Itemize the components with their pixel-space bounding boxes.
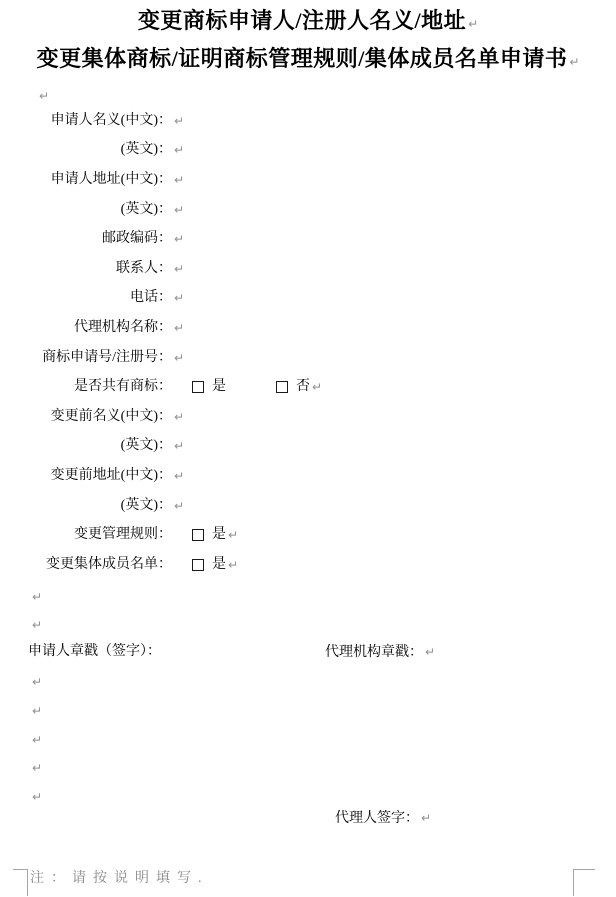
paragraph-mark-icon: ↵: [174, 111, 184, 131]
paragraph-mark-icon: ↵: [421, 811, 431, 825]
field-row-agency-name: 代理机构名称：↵: [0, 313, 616, 343]
empty-paragraph: ↵: [30, 672, 42, 692]
paragraph-mark-icon: ↵: [174, 229, 184, 249]
paragraph-mark-icon: ↵: [174, 496, 184, 516]
paragraph-mark-icon: ↵: [32, 790, 42, 804]
checkbox-label: 是: [212, 555, 226, 575]
paragraph-mark-icon: ↵: [425, 645, 435, 659]
field-label: 邮政编码：: [0, 229, 172, 249]
paragraph-mark-icon: ↵: [174, 170, 184, 190]
option-shared-trademark-no: 否: [276, 377, 310, 397]
empty-paragraph: ↵: [30, 787, 42, 807]
field-label: 变更前地址(中文)：: [0, 466, 172, 486]
field-row-postal-code: 邮政编码：↵: [0, 224, 616, 254]
paragraph-mark-icon: ↵: [32, 733, 42, 747]
agency-seal-text: 代理机构章戳：: [325, 645, 423, 660]
option-shared-trademark-yes: 是: [192, 377, 226, 397]
agent-signature-label: 代理人签字：: [335, 811, 419, 826]
paragraph-mark-icon: ↵: [32, 618, 42, 632]
paragraph-mark-icon: ↵: [174, 288, 184, 308]
document-title-line2: 变更集体商标/证明商标管理规则/集体成员名单申请书↵: [0, 40, 616, 78]
field-label: 申请人名义(中文)：: [0, 111, 172, 131]
checkbox-label: 是: [212, 525, 226, 545]
paragraph-mark-icon: ↵: [312, 377, 322, 397]
empty-paragraph: ↵: [37, 86, 49, 106]
field-row-trademark-number: 商标申请号/注册号：↵: [0, 343, 616, 373]
empty-paragraph: ↵: [30, 730, 42, 750]
field-row-change-rules: 变更管理规则： 是 ↵: [0, 520, 616, 550]
checkbox-shared-trademark-no[interactable]: [276, 381, 288, 393]
paragraph-mark-icon: ↵: [174, 436, 184, 456]
field-label: 变更前名义(中文)：: [0, 407, 172, 427]
agency-seal-label: 代理机构章戳：↵: [325, 642, 435, 663]
document-title-line1: 变更商标申请人/注册人名义/地址↵: [0, 2, 616, 40]
paragraph-mark-icon: ↵: [174, 348, 184, 368]
title-text-line1: 变更商标申请人/注册人名义/地址: [138, 8, 466, 33]
title-text-line2: 变更集体商标/证明商标管理规则/集体成员名单申请书: [37, 46, 568, 71]
paragraph-mark-icon: ↵: [468, 17, 478, 31]
field-label: 电话：: [0, 288, 172, 308]
field-row-previous-name-cn: 变更前名义(中文)：↵: [0, 402, 616, 432]
form-fields: 申请人名义(中文)：↵ (英文)：↵ 申请人地址(中文)：↵ (英文)：↵ 邮政…: [0, 106, 616, 580]
paragraph-mark-icon: ↵: [174, 140, 184, 160]
option-change-member-list-yes: 是: [192, 555, 226, 575]
empty-paragraph: ↵: [30, 758, 42, 778]
empty-paragraph: ↵: [30, 701, 42, 721]
paragraph-mark-icon: ↵: [32, 675, 42, 689]
field-label: (英文)：: [0, 436, 172, 456]
checkbox-change-member-list-yes[interactable]: [192, 559, 204, 571]
paragraph-mark-icon: ↵: [32, 590, 42, 604]
paragraph-mark-icon: ↵: [174, 407, 184, 427]
field-label: (英文)：: [0, 496, 172, 516]
agent-signature-row: 代理人签字：↵: [335, 808, 431, 828]
field-row-contact-person: 联系人：↵: [0, 254, 616, 284]
field-row-applicant-name-en: (英文)：↵: [0, 136, 616, 166]
field-row-applicant-address-cn: 申请人地址(中文)：↵: [0, 165, 616, 195]
signature-row: 申请人章戳（签字）： 代理机构章戳：↵: [0, 642, 616, 662]
field-label: (英文)：: [0, 200, 172, 220]
field-row-previous-address-en: (英文)：↵: [0, 491, 616, 521]
field-label: 是否共有商标：: [0, 377, 172, 397]
field-row-applicant-name-cn: 申请人名义(中文)：↵: [0, 106, 616, 136]
page-boundary-corner-left-icon: [13, 869, 28, 896]
field-row-shared-trademark: 是否共有商标： 是 否 ↵: [0, 372, 616, 402]
document-title: 变更商标申请人/注册人名义/地址↵ 变更集体商标/证明商标管理规则/集体成员名单…: [0, 2, 616, 78]
empty-paragraph: ↵: [30, 615, 42, 635]
field-label: 商标申请号/注册号：: [0, 348, 172, 368]
field-row-previous-name-en: (英文)：↵: [0, 432, 616, 462]
field-row-applicant-address-en: (英文)：↵: [0, 195, 616, 225]
checkbox-label: 是: [212, 377, 226, 397]
field-row-telephone: 电话：↵: [0, 284, 616, 314]
paragraph-mark-icon: ↵: [228, 525, 238, 545]
option-change-rules-yes: 是: [192, 525, 226, 545]
paragraph-mark-icon: ↵: [174, 259, 184, 279]
checkbox-shared-trademark-yes[interactable]: [192, 381, 204, 393]
field-label: (英文)：: [0, 140, 172, 160]
field-label: 变更集体成员名单：: [0, 555, 172, 575]
field-label: 联系人：: [0, 259, 172, 279]
paragraph-mark-icon: ↵: [228, 555, 238, 575]
checkbox-change-rules-yes[interactable]: [192, 529, 204, 541]
field-row-change-member-list: 变更集体成员名单： 是 ↵: [0, 550, 616, 580]
field-label: 代理机构名称：: [0, 318, 172, 338]
paragraph-mark-icon: ↵: [174, 200, 184, 220]
footer-note: 注：请按说明填写.: [30, 868, 209, 890]
paragraph-mark-icon: ↵: [32, 704, 42, 718]
page-boundary-corner-right-icon: [573, 869, 595, 896]
empty-paragraph: ↵: [30, 587, 42, 607]
applicant-seal-label: 申请人章戳（签字）：: [28, 642, 161, 662]
paragraph-mark-icon: ↵: [39, 89, 49, 103]
field-row-previous-address-cn: 变更前地址(中文)：↵: [0, 461, 616, 491]
paragraph-mark-icon: ↵: [174, 466, 184, 486]
field-label: 变更管理规则：: [0, 525, 172, 545]
checkbox-label: 否: [296, 377, 310, 397]
paragraph-mark-icon: ↵: [174, 318, 184, 338]
paragraph-mark-icon: ↵: [569, 55, 579, 69]
paragraph-mark-icon: ↵: [32, 761, 42, 775]
field-label: 申请人地址(中文)：: [0, 170, 172, 190]
document-page: 变更商标申请人/注册人名义/地址↵ 变更集体商标/证明商标管理规则/集体成员名单…: [0, 0, 616, 897]
